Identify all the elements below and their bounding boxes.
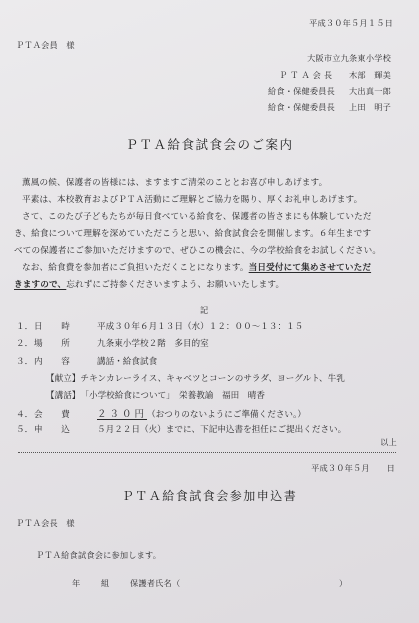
item-value: 九条東小学校２階 多目的室 [97, 337, 209, 349]
closing-ijou: 以上 [380, 437, 397, 448]
item-label: 会 費 [34, 408, 97, 420]
item-label: 日 時 [34, 320, 97, 332]
purpose-paragraph-line-1: さて、このたび子どもたちが毎日食べている給食を、保護者の皆さまにも体験していただ [22, 210, 372, 222]
item-datetime: １． 日 時 平成３０年６月１３日（水）１２：００〜１３：１５ [16, 320, 303, 332]
grade-label: 年 [72, 578, 80, 589]
item-fee: ４． 会 費 ２３０円 （おつりのないようにご準備ください。） [16, 406, 306, 420]
item-number: １． [16, 320, 34, 332]
item-number: ４． [16, 408, 34, 420]
notice-title: ＰＴＡ給食試食会のご案内 [0, 135, 419, 153]
item-number: ２． [16, 337, 34, 349]
fee-note-emphasis: きますので、 [14, 280, 66, 290]
item-number: ３． [16, 355, 34, 367]
item-label: 内 容 [34, 355, 97, 367]
item-label: 場 所 [34, 337, 97, 349]
sender-line-2: 給食・保健委員長 大出真一郎 [268, 86, 391, 97]
item-application: ５． 申 込 ５月２２日（火）までに、下記申込書を担任にご提出ください。 [16, 423, 346, 435]
purpose-paragraph-line-3: べての保護者にご参加いただけますので、ぜひこの機会に、今の学校給食をお試しくださ… [14, 244, 381, 256]
sender-line-1: ＰＴＡ会長 木部 輝美 [279, 70, 391, 81]
subitem-tag: 【講話】 [46, 389, 80, 401]
item-location: ２． 場 所 九条東小学校２階 多目的室 [16, 337, 209, 349]
sender-role: 給食・保健委員長 [268, 86, 335, 97]
sender-line-3: 給食・保健委員長 上田 明子 [268, 102, 391, 113]
issue-date: 平成３０年５月１５日 [309, 18, 393, 29]
purpose-paragraph-line-2: き、給食について理解を深めていただこうと思い、給食試食会を開催します。６年生まで… [14, 227, 371, 239]
form-statement: ＰＴＡ給食試食会に参加します。 [36, 550, 161, 561]
item-label: 申 込 [34, 423, 97, 435]
fee-amount: ２３０円 [97, 406, 147, 420]
fee-note-line-1: なお、給食費を参加者にご負担いただくことになります。当日受付にて集めさせていただ [22, 261, 371, 273]
item-value: ５月２２日（火）までに、下記申込書を担任にご提出ください。 [97, 423, 346, 435]
sender-role: 給食・保健委員長 [268, 102, 335, 113]
sender-name: 上田 明子 [349, 102, 391, 113]
subitem-tag: 【献立】 [46, 372, 80, 384]
guardian-name-close: ） [339, 578, 347, 589]
guardian-name-label: 保護者氏名（ [130, 578, 180, 589]
recipient-line: ＰＴＡ会員 様 [16, 40, 75, 51]
document-page: 平成３０年５月１５日 ＰＴＡ会員 様 大阪市立九条東小学校 ＰＴＡ会長 木部 輝… [0, 0, 419, 623]
subitem-menu: 【献立】 チキンカレーライス、キャベツとコーンのサラダ、ヨーグルト、牛乳 [46, 372, 345, 384]
subitem-text: 「小学校給食について」 栄養教諭 福田 晴香 [80, 389, 265, 401]
sender-school: 大阪市立九条東小学校 [307, 53, 391, 64]
fee-note-text: なお、給食費を参加者にご負担いただくことになります。 [22, 263, 249, 273]
fee-note-text: 忘れずにご持参くださいますよう、お願いいたします。 [66, 280, 284, 290]
item-value: 平成３０年６月１３日（水）１２：００〜１３：１５ [97, 320, 303, 332]
form-recipient: ＰＴＡ会長 様 [16, 518, 75, 529]
sender-role: ＰＴＡ会長 [279, 70, 335, 81]
form-title: ＰＴＡ給食試食会参加申込書 [0, 487, 419, 504]
greeting-paragraph: 薫風の候、保護者の皆様には、ますますご清栄のこととお喜び申しあげます。 [22, 176, 327, 188]
item-number: ５． [16, 423, 34, 435]
thanks-paragraph: 平素は、本校教育およびＰＴＡ活動にご理解とご協力を賜り、厚くお礼申しあげます。 [22, 193, 362, 205]
sender-name: 大出真一郎 [349, 86, 391, 97]
subitem-lecture: 【講話】 「小学校給食について」 栄養教諭 福田 晴香 [46, 389, 265, 401]
subitem-text: チキンカレーライス、キャベツとコーンのサラダ、ヨーグルト、牛乳 [80, 372, 344, 384]
sender-name: 木部 輝美 [349, 70, 391, 81]
item-value: 講話・給食試食 [97, 355, 157, 367]
item-value: （おつりのないようにご準備ください。） [147, 408, 306, 420]
class-label: 組 [101, 578, 109, 589]
fee-note-emphasis: 当日受付にて集めさせていただ [249, 263, 371, 273]
cut-line [18, 452, 396, 453]
ki-marker: 記 [200, 305, 208, 316]
item-content: ３． 内 容 講話・給食試食 [16, 355, 157, 367]
fee-note-line-2: きますので、忘れずにご持参くださいますよう、お願いいたします。 [14, 278, 284, 290]
form-date: 平成３０年５月 日 [311, 463, 395, 474]
